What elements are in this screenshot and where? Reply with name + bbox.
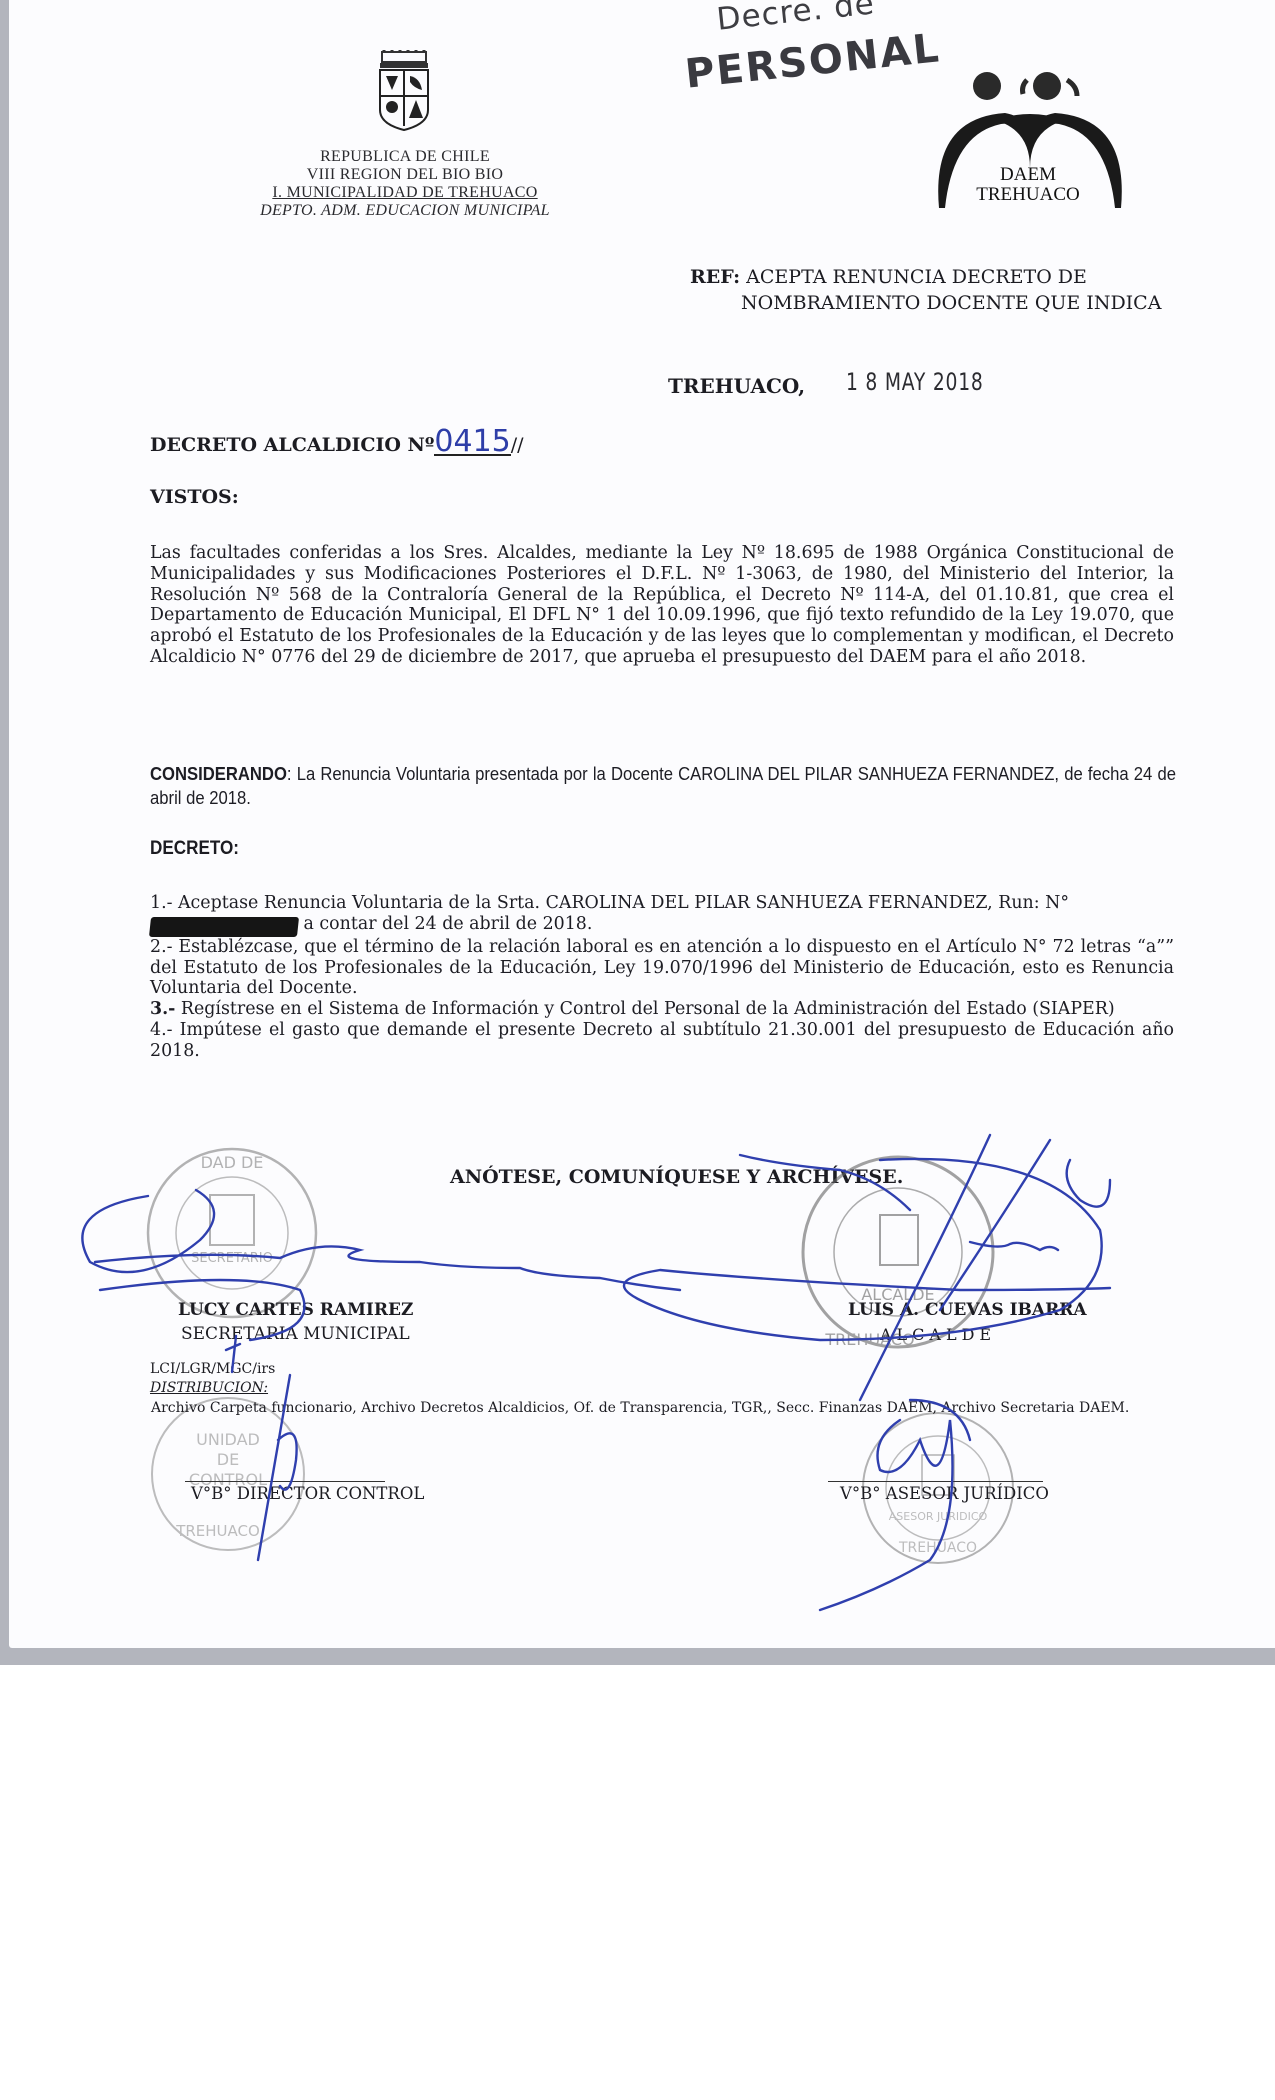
ref-line1: ACEPTA RENUNCIA DECRETO DE xyxy=(746,266,1087,288)
municipal-crest-icon xyxy=(372,50,436,132)
article-3-text: Regístrese en el Sistema de Información … xyxy=(175,999,1114,1019)
letterhead-country: REPUBLICA DE CHILE xyxy=(200,148,610,166)
daem-logo-text: DAEM TREHUACO xyxy=(948,165,1108,205)
decree-number-label: DECRETO ALCALDICIO Nº xyxy=(150,434,434,456)
initials: LCI/LGR/MGC/irs xyxy=(150,1361,275,1377)
daem-logo-line2: TREHUACO xyxy=(948,185,1108,205)
vistos-paragraph: Las facultades conferidas a los Sres. Al… xyxy=(150,543,1174,668)
article-1-text: 1.- Aceptase Renuncia Voluntaria de la S… xyxy=(150,893,1069,913)
article-1-continuation: a contar del 24 de abril de 2018. xyxy=(298,914,592,934)
secretary-title: SECRETARIA MUNICIPAL xyxy=(181,1324,410,1344)
vistos-heading: VISTOS: xyxy=(150,486,239,508)
decree-number-handwritten: 0415 xyxy=(434,430,510,456)
ref-label: REF: xyxy=(690,266,740,288)
ref-line2: NOMBRAMIENTO DOCENTE QUE INDICA xyxy=(690,290,1161,316)
considerando-text: : La Renuncia Voluntaria presentada por … xyxy=(150,763,1176,808)
article-1: 1.- Aceptase Renuncia Voluntaria de la S… xyxy=(150,893,1174,937)
article-4: 4.- Impútese el gasto que demande el pre… xyxy=(150,1020,1174,1062)
letterhead-municipality: I. MUNICIPALIDAD DE TREHUACO xyxy=(200,184,610,202)
letterhead-region: VIII REGION DEL BIO BIO xyxy=(200,166,610,184)
reference-block: REF: ACEPTA RENUNCIA DECRETO DE NOMBRAMI… xyxy=(690,264,1161,316)
redacted-run xyxy=(149,917,299,937)
distribution-list: Archivo Carpeta funcionario, Archivo Dec… xyxy=(151,1400,1129,1416)
control-approval-label: V°B° DIRECTOR CONTROL xyxy=(191,1484,424,1503)
article-3-number: 3.- xyxy=(150,999,175,1019)
closing-formula: ANÓTESE, COMUNÍQUESE Y ARCHÍVESE. xyxy=(450,1166,903,1188)
legal-approval-label: V°B° ASESOR JURÍDICO xyxy=(840,1484,1049,1503)
considerando-heading: CONSIDERANDO xyxy=(150,763,287,784)
decree-articles: 1.- Aceptase Renuncia Voluntaria de la S… xyxy=(150,893,1174,1062)
distribution-label: DISTRIBUCION: xyxy=(150,1380,268,1396)
decreto-heading: DECRETO: xyxy=(150,838,239,860)
article-2: 2.- Establézcase, que el término de la r… xyxy=(150,937,1174,999)
considerando-paragraph: CONSIDERANDO: La Renuncia Voluntaria pre… xyxy=(150,762,1176,810)
control-signature-line xyxy=(185,1481,385,1482)
date-stamp: 1 8 MAY 2018 xyxy=(846,368,984,396)
decree-number-line: DECRETO ALCALDICIO Nº0415// xyxy=(150,430,524,456)
daem-logo-line1: DAEM xyxy=(948,165,1108,185)
legal-signature-line xyxy=(828,1481,1043,1482)
article-3: 3.- Regístrese en el Sistema de Informac… xyxy=(150,999,1174,1020)
letterhead: REPUBLICA DE CHILE VIII REGION DEL BIO B… xyxy=(200,148,610,220)
place-name: TREHUACO, xyxy=(668,374,805,398)
letterhead-department: DEPTO. ADM. EDUCACION MUNICIPAL xyxy=(200,202,610,220)
mayor-title: ALCALDE xyxy=(880,1325,996,1344)
decree-number-suffix: // xyxy=(511,434,524,456)
secretary-name: LUCY CARTES RAMIREZ xyxy=(178,1300,413,1320)
mayor-name: LUIS A. CUEVAS IBARRA xyxy=(848,1300,1087,1320)
